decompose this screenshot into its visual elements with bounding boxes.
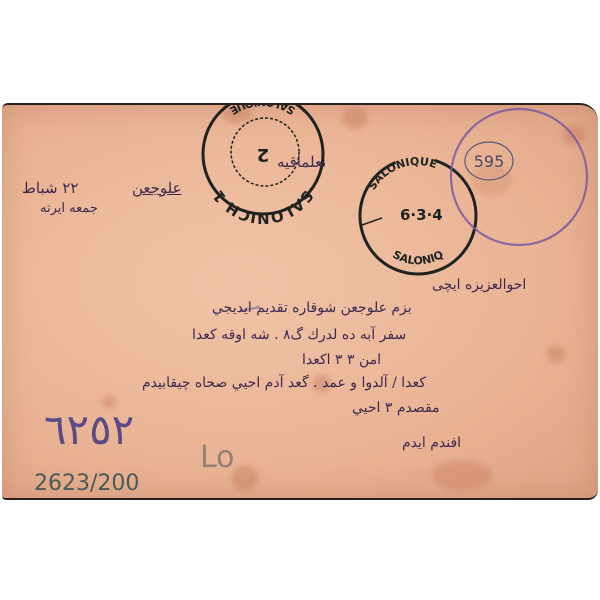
body-line: بزم علوجعن شوقاره تقديم ايديجي [212, 300, 412, 316]
addressee: علوجعن [132, 179, 182, 197]
header-note: نعلماقیه [277, 153, 326, 171]
violet-seal-stamp: 595 [451, 109, 587, 245]
body-line: سفر آبه ده لدرك گ۸ . شه اوقه كعدا [192, 327, 406, 343]
date-line-2: جمعه ایرته [40, 201, 98, 216]
svg-text:SALONIQUE: SALONIQUE [361, 145, 443, 195]
svg-text:595: 595 [474, 152, 505, 171]
svg-text:SALONIQ: SALONIQ [390, 248, 445, 267]
body-line: احوالعزیزه ایچی [432, 277, 526, 293]
svg-text:SALONICH 1: SALONICH 1 [209, 187, 317, 227]
body-line: كعدا / آلدوا و عمد . گعد آدم احيي صحاه چ… [142, 375, 426, 391]
pencil-faint-mark: Lo [200, 440, 235, 475]
svg-text:2: 2 [257, 144, 270, 165]
pencil-inventory-number: 2623/200 [34, 471, 139, 496]
svg-text:SALONIQUE: SALONIQUE [227, 105, 297, 117]
body-line: افندم ايدم [402, 435, 461, 451]
body-line: امن ۳ ۳ اكعدا [302, 352, 381, 368]
date-line-1: ٢٢ شباط [22, 179, 78, 197]
postcard: SALONIQUE SALONICH 1 2 SALONIQUE SALONIQ… [2, 103, 598, 500]
body-line: مقصدم ٣ احيي [352, 400, 440, 416]
svg-text:6·3·4: 6·3·4 [400, 206, 443, 224]
violet-numeral: ٦٢٥٢ [44, 405, 134, 454]
